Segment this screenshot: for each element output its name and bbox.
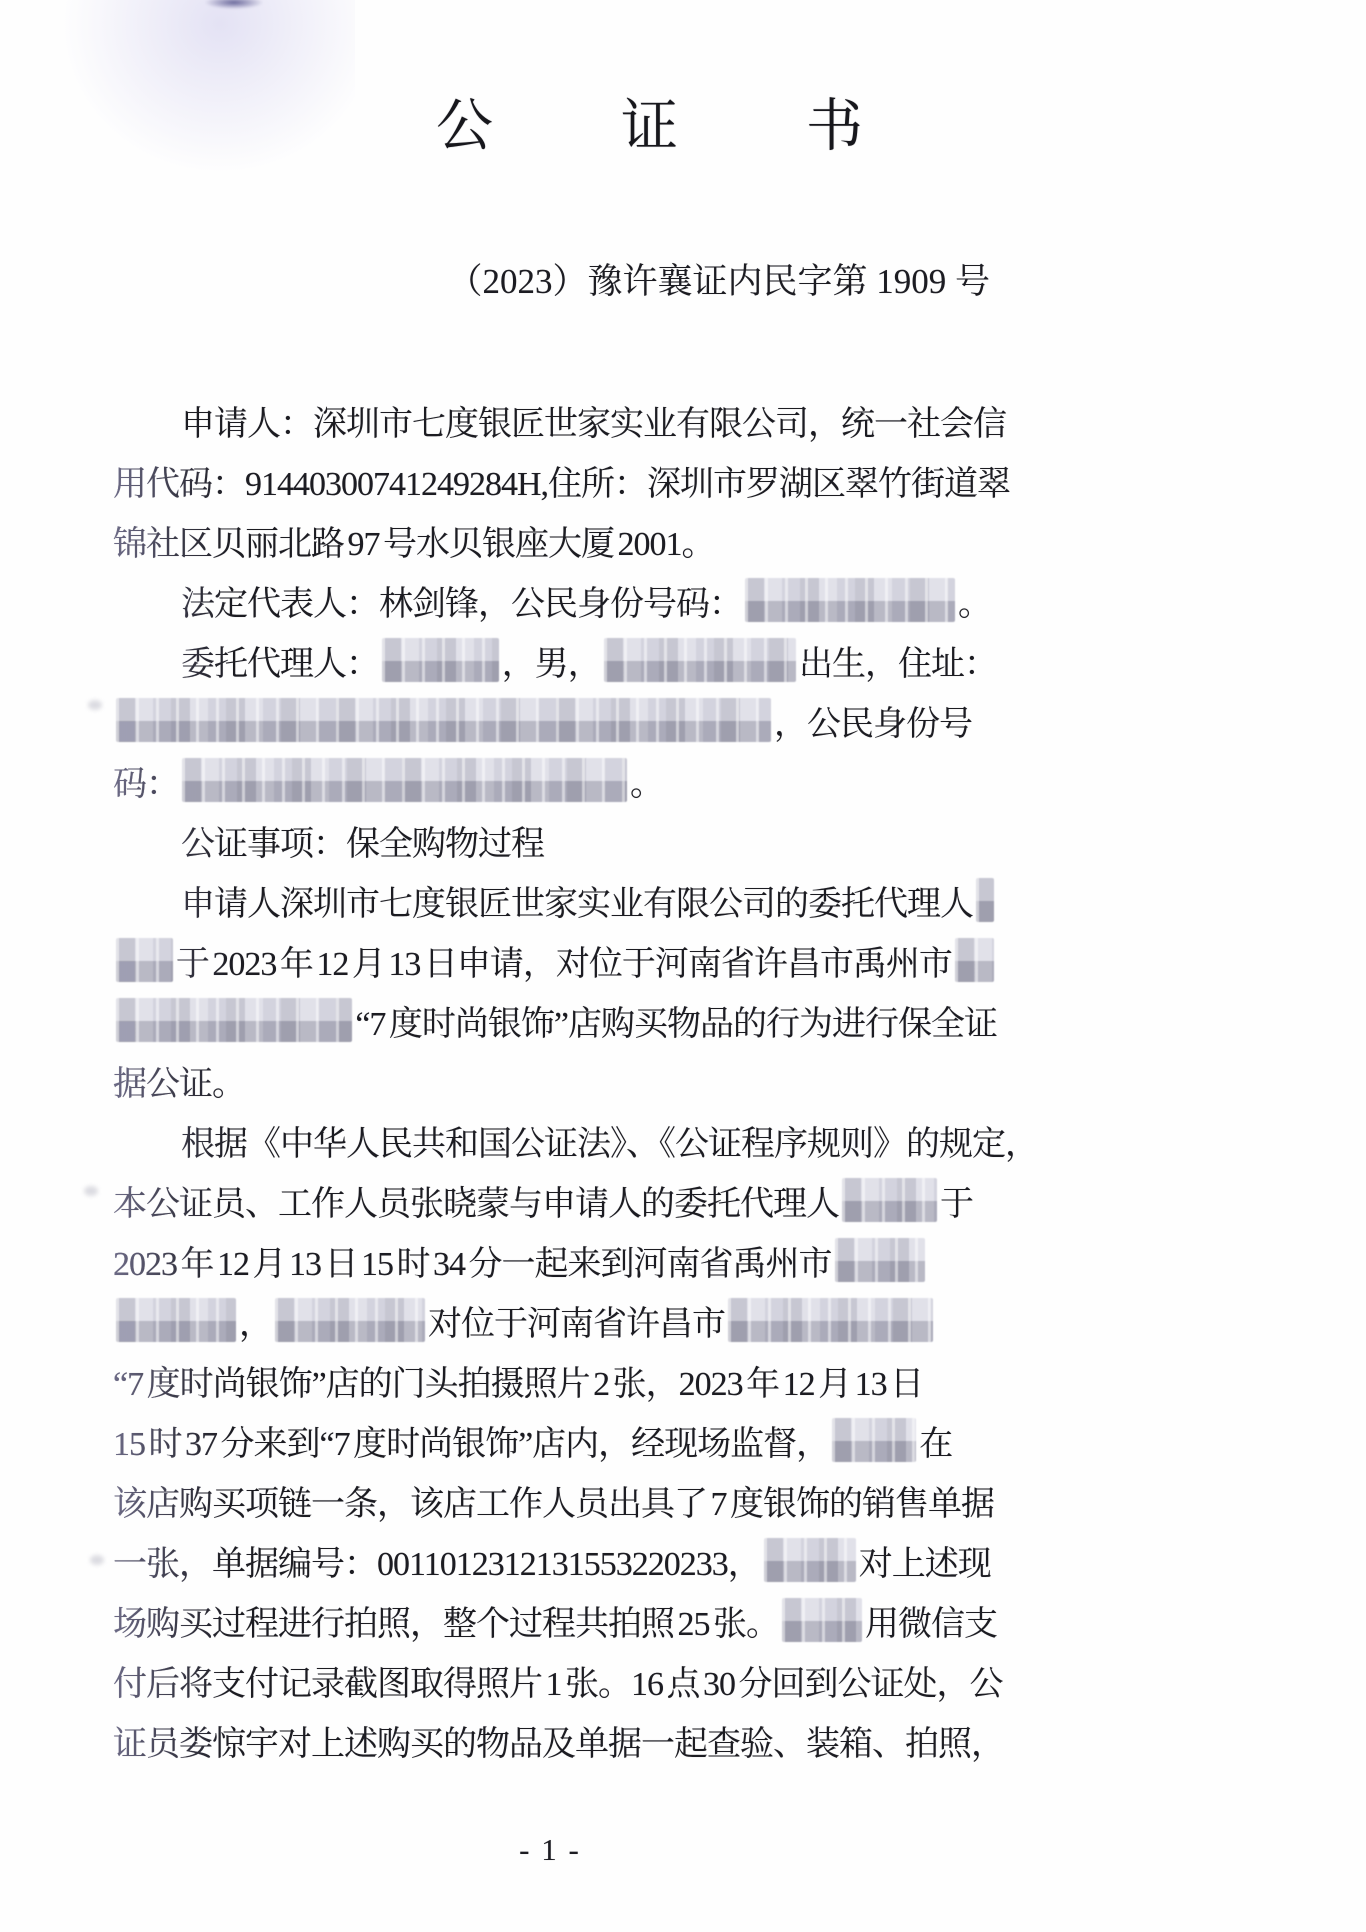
redaction-mosaic <box>116 1298 236 1342</box>
document-line: 该店购买项链一条，该店工作人员出具了 7 度银饰的销售单据 <box>113 1470 997 1530</box>
text-segment: 据公证。 <box>113 1056 245 1105</box>
redaction-mosaic <box>976 878 994 922</box>
text-segment: 本公证员、工作人员张晓蒙与申请人的委托代理人 <box>113 1176 839 1225</box>
text-segment: 付后将支付记录截图取得照片 1 张。16 点 30 分回到公证处，公 <box>113 1656 1003 1705</box>
text-segment: 于 <box>940 1176 973 1225</box>
document-line: “7 度时尚银饰”店的门头拍摄照片 2 张，2023 年 12 月 13 日 <box>113 1350 997 1410</box>
document-line: ，公民身份号 <box>113 690 997 750</box>
document-line: 根据《中华人民共和国公证法》、《公证程序规则》的规定， <box>113 1110 997 1170</box>
document-line: 锦社区贝丽北路 97 号水贝银座大厦 2001。 <box>113 510 997 570</box>
redaction-mosaic <box>382 638 499 682</box>
document-line: 据公证。 <box>113 1050 997 1110</box>
document-line: 公证事项：保全购物过程 <box>113 810 997 870</box>
text-segment: 申请人：深圳市七度银匠世家实业有限公司，统一社会信 <box>181 396 1006 445</box>
redaction-mosaic <box>782 1598 862 1642</box>
text-segment: 。 <box>630 756 663 805</box>
text-segment: 出生，住址： <box>799 636 997 685</box>
redaction-mosaic <box>604 638 796 682</box>
document-line: 申请人：深圳市七度银匠世家实业有限公司，统一社会信 <box>113 390 997 450</box>
document-line: 付后将支付记录截图取得照片 1 张。16 点 30 分回到公证处，公 <box>113 1650 997 1710</box>
text-segment: 对上述现 <box>859 1536 991 1585</box>
text-segment: ， <box>239 1296 272 1345</box>
document-line: 法定代表人：林剑锋，公民身份号码：。 <box>113 570 997 630</box>
document-line: 委托代理人：，男，出生，住址： <box>113 630 997 690</box>
text-segment: 。 <box>958 576 991 625</box>
text-segment: 用微信支 <box>865 1596 997 1645</box>
redaction-mosaic <box>764 1538 856 1582</box>
text-segment: “7 度时尚银饰”店的门头拍摄照片 2 张，2023 年 12 月 13 日 <box>113 1356 923 1405</box>
text-segment: 用代码：91440300741249284H,住所：深圳市罗湖区翠竹街道翠 <box>113 456 1010 505</box>
text-segment: 证员娄惊宇对上述购买的物品及单据一起查验、装箱、拍照， <box>113 1716 1004 1765</box>
text-segment: 场购买过程进行拍照，整个过程共拍照 25 张。 <box>113 1596 779 1645</box>
document-line: 场购买过程进行拍照，整个过程共拍照 25 张。用微信支 <box>113 1590 997 1650</box>
redaction-mosaic <box>728 1298 933 1342</box>
document-line: “7 度时尚银饰”店购买物品的行为进行保全证 <box>113 990 997 1050</box>
scan-smudge <box>55 0 355 180</box>
redaction-mosaic <box>955 938 994 982</box>
redaction-mosaic <box>116 938 173 982</box>
text-segment: “7 度时尚银饰”店购买物品的行为进行保全证 <box>355 996 997 1045</box>
document-line: 2023 年 12 月 13 日 15 时 34 分一起来到河南省禹州市 <box>113 1230 997 1290</box>
document-line: 于 2023 年 12 月 13 日申请，对位于河南省许昌市禹州市 <box>113 930 997 990</box>
text-segment: 申请人深圳市七度银匠世家实业有限公司的委托代理人 <box>181 876 973 925</box>
redaction-mosaic <box>832 1418 916 1462</box>
document-line: 码：。 <box>113 750 997 810</box>
document-line: ，对位于河南省许昌市 <box>113 1290 997 1350</box>
notary-document-page: 公证书 （2023）豫许襄证内民字第 1909 号 申请人：深圳市七度银匠世家实… <box>0 0 1366 1932</box>
scan-speck <box>84 1186 98 1196</box>
document-line: 用代码：91440300741249284H,住所：深圳市罗湖区翠竹街道翠 <box>113 450 997 510</box>
text-segment: 于 2023 年 12 月 13 日申请，对位于河南省许昌市禹州市 <box>176 936 952 985</box>
redaction-mosaic <box>745 578 955 622</box>
scan-mark <box>205 0 263 9</box>
text-segment: 法定代表人：林剑锋，公民身份号码： <box>181 576 742 625</box>
document-number: （2023）豫许襄证内民字第 1909 号 <box>447 254 990 304</box>
text-segment: 码： <box>113 756 179 805</box>
text-segment: 锦社区贝丽北路 97 号水贝银座大厦 2001。 <box>113 516 715 565</box>
document-line: 本公证员、工作人员张晓蒙与申请人的委托代理人于 <box>113 1170 997 1230</box>
text-segment: 委托代理人： <box>181 636 379 685</box>
text-segment: ，男， <box>502 636 601 685</box>
document-title: 公证书 <box>436 80 991 162</box>
scan-speck <box>88 700 102 710</box>
document-line: 15 时 37 分来到“7 度时尚银饰”店内，经现场监督，在 <box>113 1410 997 1470</box>
text-segment: 公证事项：保全购物过程 <box>181 816 544 865</box>
text-segment: 在 <box>919 1416 952 1465</box>
page-number: - 1 - <box>0 1832 1100 1868</box>
text-segment: 对位于河南省许昌市 <box>428 1296 725 1345</box>
document-line: 证员娄惊宇对上述购买的物品及单据一起查验、装箱、拍照， <box>113 1710 997 1770</box>
redaction-mosaic <box>116 998 352 1042</box>
redaction-mosaic <box>182 758 627 802</box>
redaction-mosaic <box>275 1298 425 1342</box>
redaction-mosaic <box>842 1178 937 1222</box>
text-segment: 2023 年 12 月 13 日 15 时 34 分一起来到河南省禹州市 <box>113 1236 832 1285</box>
document-line: 申请人深圳市七度银匠世家实业有限公司的委托代理人 <box>113 870 997 930</box>
document-line: 一张，单据编号：0011012312131553220233，对上述现 <box>113 1530 997 1590</box>
document-body: 申请人：深圳市七度银匠世家实业有限公司，统一社会信用代码：91440300741… <box>113 390 997 1770</box>
redaction-mosaic <box>116 698 771 742</box>
text-segment: 15 时 37 分来到“7 度时尚银饰”店内，经现场监督， <box>113 1416 829 1465</box>
text-segment: 该店购买项链一条，该店工作人员出具了 7 度银饰的销售单据 <box>113 1476 994 1525</box>
scan-speck <box>90 1555 104 1565</box>
redaction-mosaic <box>835 1238 925 1282</box>
text-segment: 一张，单据编号：0011012312131553220233， <box>113 1536 761 1585</box>
text-segment: 根据《中华人民共和国公证法》、《公证程序规则》的规定， <box>181 1116 1038 1165</box>
text-segment: ，公民身份号 <box>774 696 972 745</box>
